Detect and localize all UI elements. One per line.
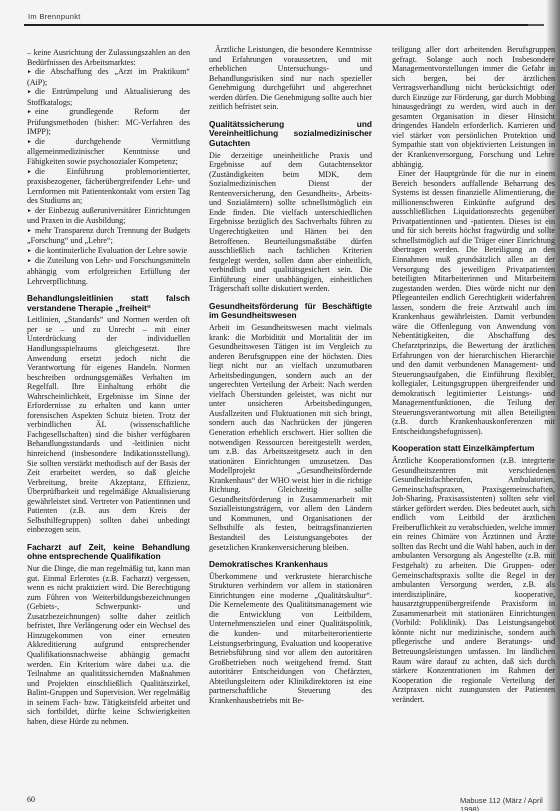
bullet-item: mehr Transparenz durch Trennung der Budg… (27, 226, 190, 246)
section-heading-quality: Qualitätssicherung und Vereinheitlichung… (209, 120, 372, 149)
section-body-cooperation: Ärztliche Kooperationsformen (z.B. integ… (392, 456, 555, 704)
section-heading-specialist: Facharzt auf Zeit, keine Behandlung ohne… (27, 543, 190, 562)
section-body-specialist: Nur die Dinge, die man regelmäßig tut, k… (27, 564, 190, 726)
bullet-item: eine grundlegende Reform der Prüfungsmet… (27, 107, 190, 137)
section-label: Im Brennpunkt (28, 12, 81, 21)
section-body-quality: Die derzeitige uneinheitliche Praxis und… (209, 151, 372, 294)
section-body-democratic-hospital: Überkommene und verkrustete hierarchisch… (209, 572, 372, 706)
column-1-intro: – keine Ausrichtung der Zulassungszahlen… (27, 48, 190, 67)
section-body-guidelines: Leitlinien, „Standards“ und Normen werde… (27, 315, 190, 535)
bullet-item: der Einbezug außeruniversitärer Einricht… (27, 206, 190, 226)
section-heading-democratic-hospital: Demokratisches Krankenhaus (209, 560, 372, 570)
bullet-item: die Einführung problemorientierter, prax… (27, 167, 190, 206)
column-2-intro: Ärztliche Leistungen, die besondere Kenn… (209, 45, 372, 112)
column-3-paragraph: Einer der Hauptgründe für die nur in ein… (392, 169, 555, 436)
section-heading-guidelines: Behandlungsleitlinien statt falsch verst… (27, 294, 190, 313)
page-number: 60 (27, 795, 35, 804)
footer-source: Mabuse 112 (März / April 1998) (460, 796, 560, 811)
bullet-item: die Abschaffung des „Arzt im Praktikum“ … (27, 67, 190, 87)
bullet-item: die Zuteilung von Lehr- und Forschungsmi… (27, 256, 190, 286)
bullet-item: die Entrümpelung und Aktualisierung des … (27, 87, 190, 107)
header-mark (528, 24, 544, 26)
column-1: – keine Ausrichtung der Zulassungszahlen… (27, 48, 190, 726)
bullet-item: die durchgehende Vermittlung allgemeinme… (27, 137, 190, 167)
column-2: Ärztliche Leistungen, die besondere Kenn… (209, 45, 372, 705)
document-page: Im Brennpunkt – keine Ausrichtung der Zu… (0, 0, 560, 811)
section-heading-cooperation: Kooperation statt Einzelkämpfertum (392, 444, 555, 454)
bullet-item: die kontinuierliche Evaluation der Lehre… (27, 246, 190, 257)
column-3-intro: teiligung aller dort arbeitenden Berufsg… (392, 45, 555, 169)
section-body-health-promotion: Arbeit im Gesundheitswesen macht vielmal… (209, 323, 372, 552)
section-heading-health-promotion: Gesundheitsförderung für Beschäftigte im… (209, 302, 372, 321)
column-3: teiligung aller dort arbeitenden Berufsg… (392, 45, 555, 704)
scan-fold-shadow (546, 0, 560, 811)
header-rule (24, 24, 544, 26)
